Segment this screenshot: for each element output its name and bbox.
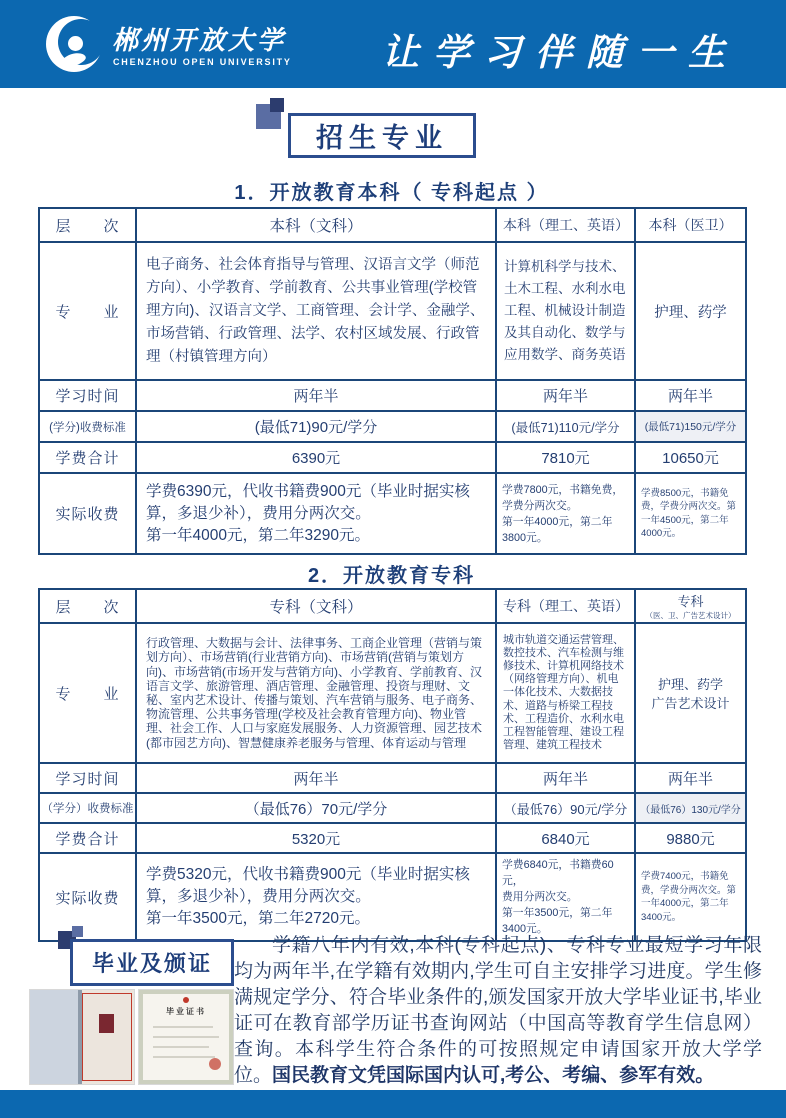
tuition-total-cell: 7810元 [496, 442, 635, 473]
actual-fee-cell: 学费6840元，书籍费60元， 费用分两次交。 第一年3500元，第二年3400… [496, 853, 635, 941]
poster-page: 郴州开放大学 CHENZHOU OPEN UNIVERSITY 让学习伴随一生 … [0, 0, 786, 1118]
tuition-total-cell: 6840元 [496, 823, 635, 853]
row-label-credit-fee: （学分）收费标准 [39, 793, 136, 823]
university-name: 郴州开放大学 [112, 20, 286, 57]
red-seal-icon [209, 1058, 221, 1070]
credit-fee-cell: （最低76）90元/学分 [496, 793, 635, 823]
diploma-title: 毕业证书 [143, 1006, 229, 1017]
corner-square-decor [270, 98, 284, 112]
university-logo-icon [46, 16, 102, 72]
actual-fee-line: 学费6390元，代收书籍费900元（毕业时据实核算，多退少补），费用分两次交。 [146, 481, 486, 525]
majors-cell: 计算机科学与技术、土木工程、水利水电工程、机械设计制造及其自动化、数学与应用数学… [496, 242, 635, 380]
zhuanke-admissions-table: 层 次 专科（文科） 专科（理工、英语） 专科 （医、卫、广告艺术设计） 专 业… [38, 588, 747, 942]
actual-fee-line: 学费分两次交。 [502, 498, 629, 514]
credit-fee-cell: （最低76）70元/学分 [136, 793, 496, 823]
level-header-line: 专科 [637, 591, 744, 610]
row-label-level: 层 次 [39, 208, 136, 242]
diploma-image: 毕业证书 [139, 990, 233, 1084]
majors-cell: 电子商务、社会体育指导与管理、汉语言文学（师范方向）、小学教育、学前教育、公共事… [136, 242, 496, 380]
actual-fee-line: 学费8500元，书籍免费，学费分两次交。第一年4500元，第二年4000元。 [641, 487, 740, 541]
graduation-body: 学籍八年内有效,本科(专科起点)、专科专业最短学习年限均为两年半,在学籍有效期内… [234, 935, 762, 1086]
footer-bar [0, 1090, 786, 1118]
header-bar: 郴州开放大学 CHENZHOU OPEN UNIVERSITY 让学习伴随一生 [0, 0, 786, 88]
row-label-tuition-total: 学费合计 [39, 823, 136, 853]
credit-fee-cell: (最低71)90元/学分 [136, 411, 496, 442]
graduation-paragraph: 学籍八年内有效,本科(专科起点)、专科专业最短学习年限均为两年半,在学籍有效期内… [234, 933, 762, 1089]
actual-fee-cell: 学费5320元，代收书籍费900元（毕业时据实核算，多退少补），费用分两次交。 … [136, 853, 496, 941]
duration-cell: 两年半 [136, 380, 496, 411]
majors-line: 广告艺术设计 [638, 693, 743, 712]
credit-fee-cell: (最低71)150元/学分 [635, 411, 746, 442]
actual-fee-cell: 学费7400元，书籍免费，学费分两次交。第一年4000元，第二年3400元。 [635, 853, 746, 941]
university-name-en: CHENZHOU OPEN UNIVERSITY [113, 57, 292, 67]
row-label-duration: 学习时间 [39, 380, 136, 411]
row-label-actual-fee: 实际收费 [39, 473, 136, 554]
level-header-sub: （医、卫、广告艺术设计） [637, 610, 744, 621]
duration-cell: 两年半 [635, 763, 746, 793]
section1-heading: 1．开放教育本科（ 专科起点 ） [38, 176, 745, 205]
level-header: 本科（理工、英语） [496, 208, 635, 242]
duration-cell: 两年半 [635, 380, 746, 411]
actual-fee-cell: 学费8500元，书籍免费，学费分两次交。第一年4500元，第二年4000元。 [635, 473, 746, 554]
row-label-actual-fee: 实际收费 [39, 853, 136, 941]
tuition-total-cell: 5320元 [136, 823, 496, 853]
actual-fee-line: 学费7400元，书籍免费，学费分两次交。第一年4000元，第二年3400元。 [641, 870, 740, 924]
benke-admissions-table: 层 次 本科（文科） 本科（理工、英语） 本科（医卫） 专 业 电子商务、社会体… [38, 207, 747, 555]
actual-fee-line: 学费7800元，书籍免费， [502, 482, 629, 498]
slogan-text: 让学习伴随一生 [382, 22, 739, 76]
tuition-total-cell: 9880元 [635, 823, 746, 853]
admissions-title: 招生专业 [316, 116, 448, 155]
actual-fee-cell: 学费7800元，书籍免费， 学费分两次交。 第一年4000元，第二年3800元。 [496, 473, 635, 554]
actual-fee-line: 学费6840元，书籍费60元， [502, 857, 629, 889]
graduation-heading: 毕业及颁证 [92, 947, 212, 978]
tuition-total-cell: 6390元 [136, 442, 496, 473]
actual-fee-line: 第一年4000元，第二年3800元。 [502, 514, 629, 546]
actual-fee-line: 学费5320元，代收书籍费900元（毕业时据实核算，多退少补），费用分两次交。 [146, 864, 486, 908]
level-header: 专科（理工、英语） [496, 589, 635, 623]
actual-fee-cell: 学费6390元，代收书籍费900元（毕业时据实核算，多退少补），费用分两次交。 … [136, 473, 496, 554]
admissions-title-box: 招生专业 [288, 113, 476, 158]
majors-cell: 行政管理、大数据与会计、法律事务、工商企业管理（营销与策划方向）、市场营销(行业… [136, 623, 496, 763]
duration-cell: 两年半 [136, 763, 496, 793]
majors-cell: 护理、药学 [635, 242, 746, 380]
row-label-tuition-total: 学费合计 [39, 442, 136, 473]
majors-line: 护理、药学 [638, 674, 743, 693]
actual-fee-line: 第一年4000元，第二年3290元。 [146, 525, 486, 547]
actual-fee-line: 第一年3500元，第二年2720元。 [146, 908, 486, 930]
row-label-duration: 学习时间 [39, 763, 136, 793]
graduation-title-box: 毕业及颁证 [70, 939, 234, 986]
credit-fee-cell: (最低71)110元/学分 [496, 411, 635, 442]
graduation-body-bold: 国民教育文凭国际国内认可,考公、考编、参军有效。 [272, 1065, 714, 1086]
level-header: 专科（文科） [136, 589, 496, 623]
level-header: 本科（医卫） [635, 208, 746, 242]
majors-cell: 城市轨道交通运营管理、数控技术、汽车检测与维修技术、计算机网络技术（网络管理方向… [496, 623, 635, 763]
duration-cell: 两年半 [496, 380, 635, 411]
row-label-majors: 专 业 [39, 242, 136, 380]
level-header: 本科（文科） [136, 208, 496, 242]
row-label-credit-fee: (学分)收费标准 [39, 411, 136, 442]
row-label-majors: 专 业 [39, 623, 136, 763]
majors-cell: 护理、药学 广告艺术设计 [635, 623, 746, 763]
row-label-level: 层 次 [39, 589, 136, 623]
level-header: 专科 （医、卫、广告艺术设计） [635, 589, 746, 623]
credit-fee-cell: （最低76）130元/学分 [635, 793, 746, 823]
tuition-total-cell: 10650元 [635, 442, 746, 473]
duration-cell: 两年半 [496, 763, 635, 793]
section2-heading: 2．开放教育专科 [38, 559, 745, 588]
certificate-cover-image [30, 990, 134, 1084]
corner-square-decor [72, 926, 83, 937]
actual-fee-line: 费用分两次交。 [502, 889, 629, 905]
